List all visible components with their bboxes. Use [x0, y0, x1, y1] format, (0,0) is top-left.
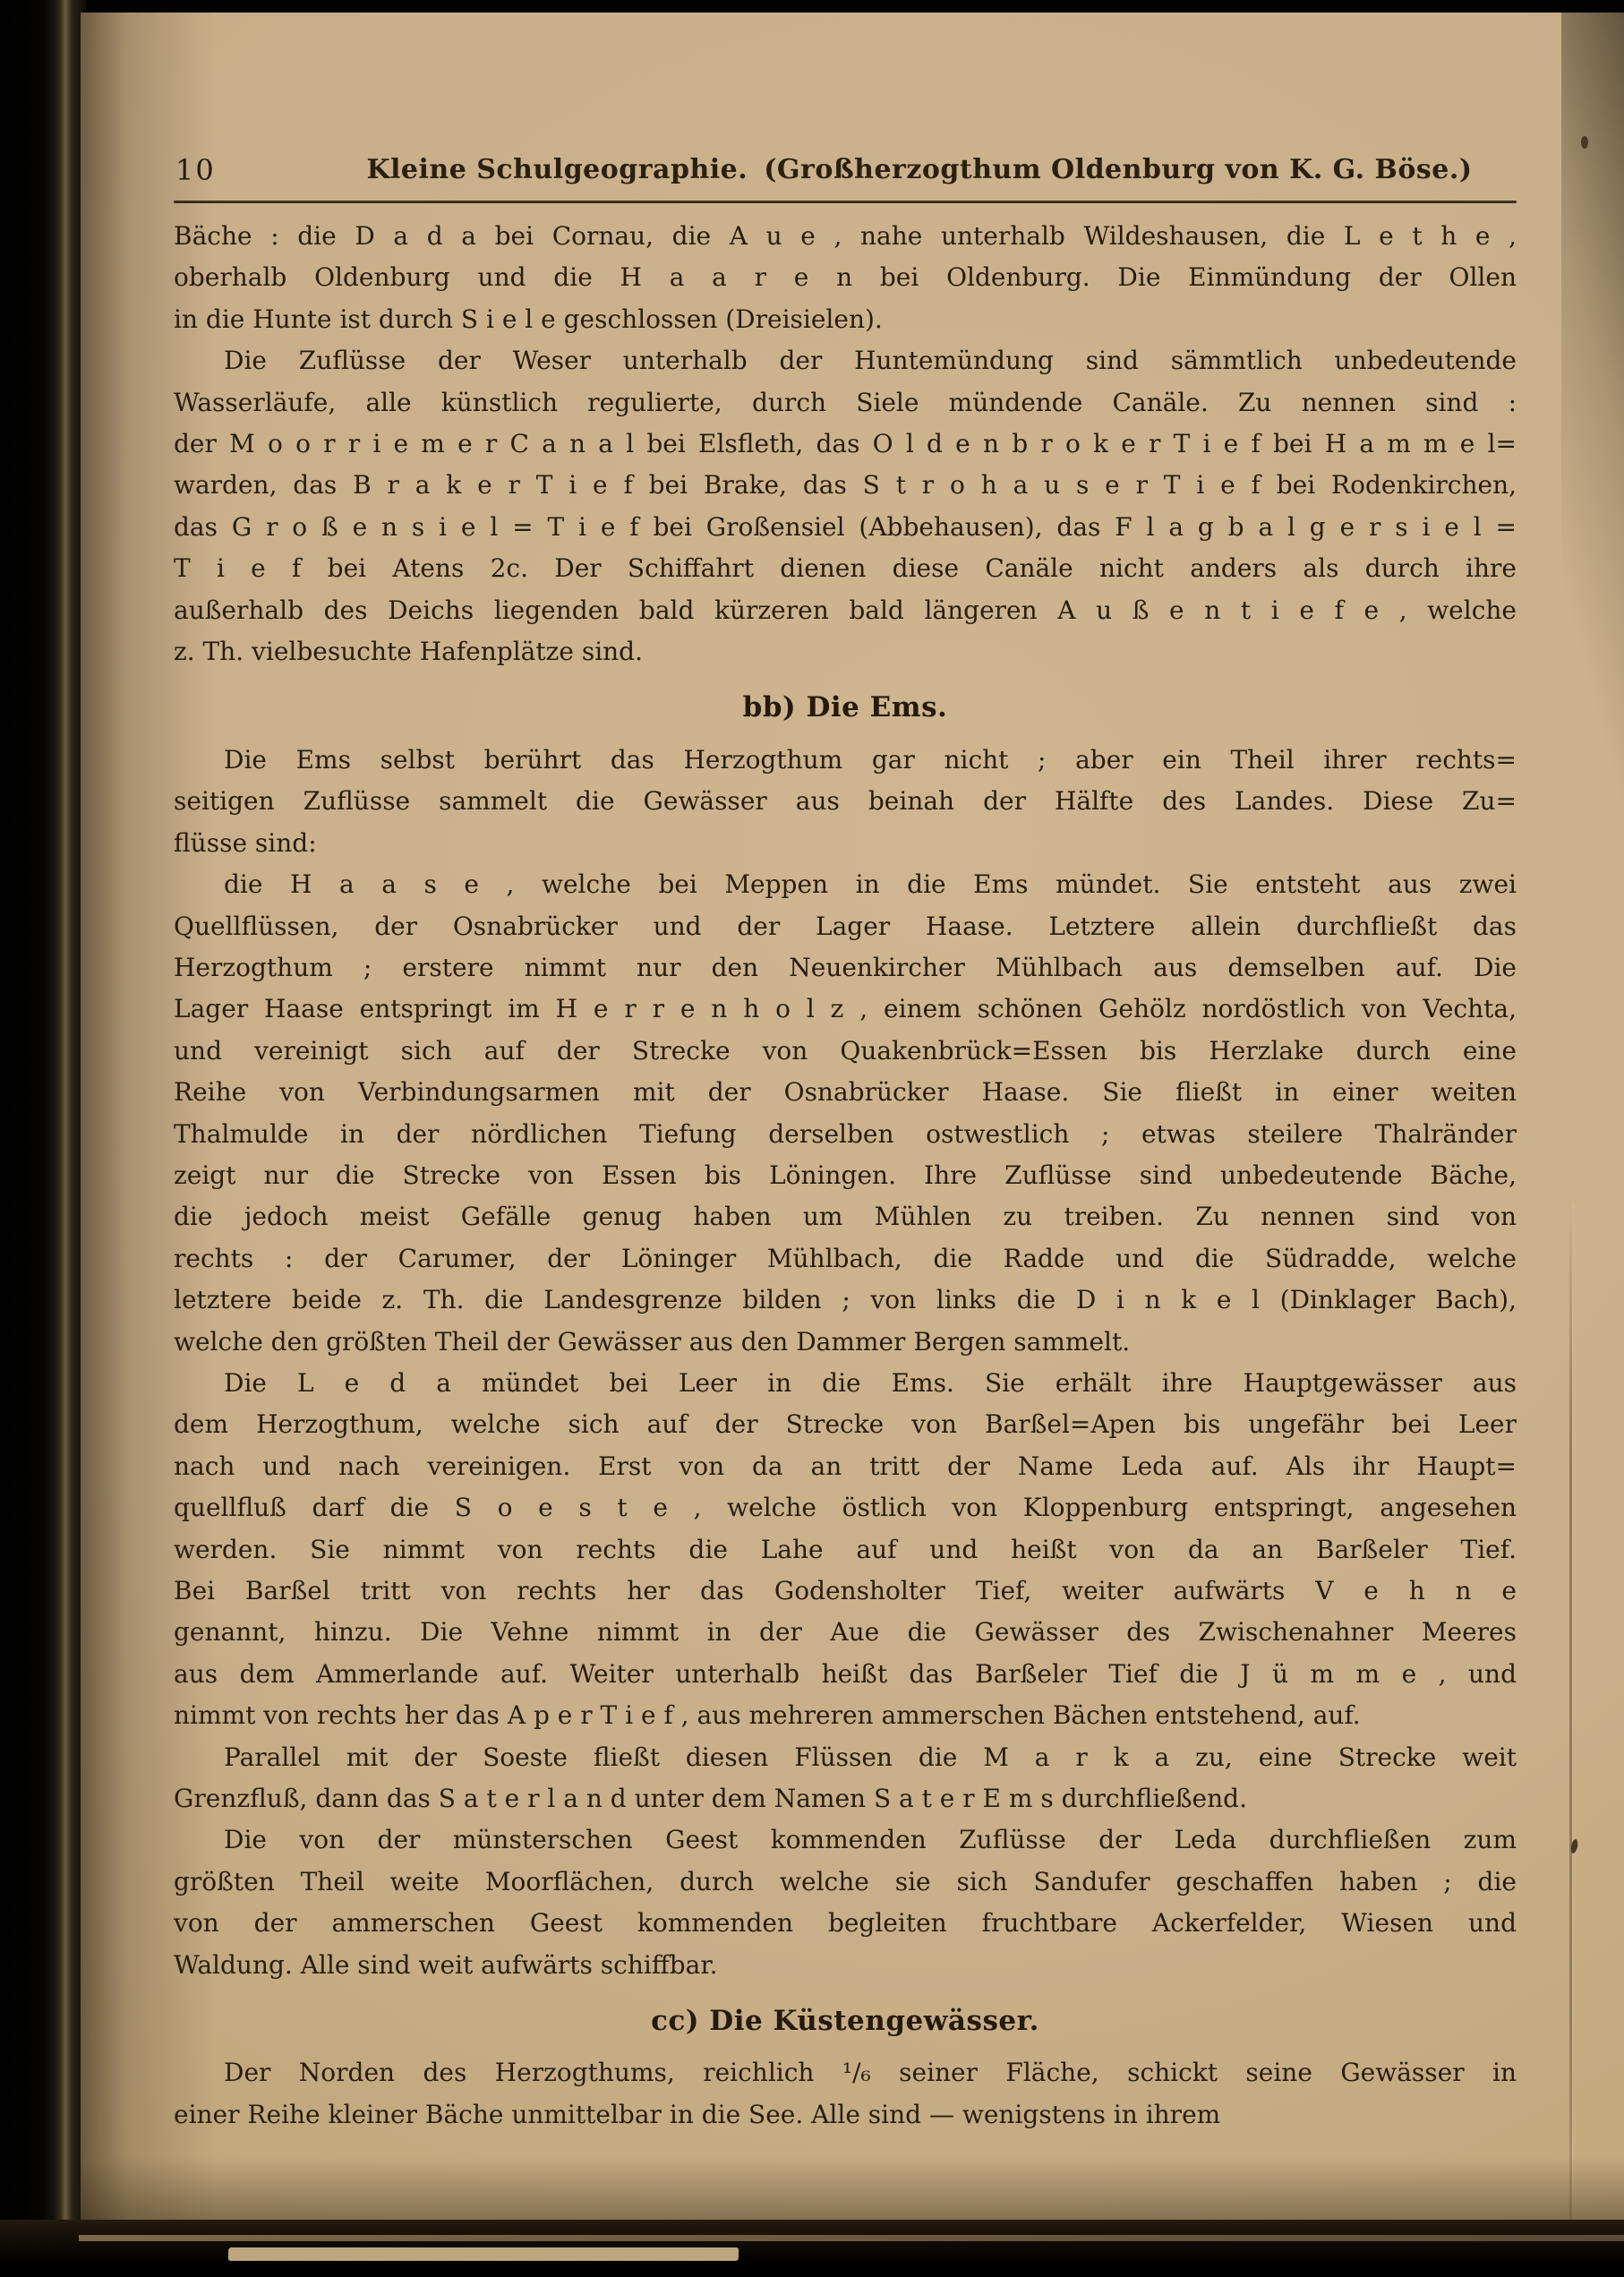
book-page: 10 Kleine Schulgeographie.(Großherzogthu… — [81, 13, 1624, 2220]
text-line: nach und nach vereinigen. Erst von da an… — [174, 1446, 1517, 1487]
protruding-page-edge — [228, 2247, 739, 2261]
text-line: Die Zuflüsse der Weser unterhalb der Hun… — [174, 340, 1517, 381]
text-line: genannt, hinzu. Die Vehne nimmt in der A… — [174, 1612, 1517, 1653]
page-header: 10 Kleine Schulgeographie.(Großherzogthu… — [81, 149, 1624, 192]
text-line: die jedoch meist Gefälle genug haben um … — [174, 1196, 1517, 1237]
text-line: von der ammerschen Geest kommenden begle… — [174, 1903, 1517, 1944]
text-line: welche den größten Theil der Gewässer au… — [174, 1322, 1517, 1363]
text-line: T i e f bei Atens 2c. Der Schiffahrt die… — [174, 548, 1517, 589]
page-crease — [1569, 1204, 1572, 2220]
text-line: einer Reihe kleiner Bäche unmittelbar in… — [174, 2094, 1517, 2136]
text-line: Reihe von Verbindungsarmen mit der Osnab… — [174, 1072, 1517, 1113]
text-line: die H a a s e , welche bei Meppen in die… — [174, 864, 1517, 905]
text-line: Bäche : die D a d a bei Cornau, die A u … — [174, 216, 1517, 257]
text-line: Lager Haase entspringt im H e r r e n h … — [174, 989, 1517, 1030]
text-line: Herzogthum ; erstere nimmt nur den Neuen… — [174, 947, 1517, 989]
text-line: oberhalb Oldenburg und die H a a r e n b… — [174, 257, 1517, 298]
section-heading: bb) Die Ems. — [174, 687, 1517, 728]
running-title-sub: (Großherzogthum Oldenburg von K. G. Böse… — [764, 154, 1472, 185]
paragraph: Bäche : die D a d a bei Cornau, die A u … — [174, 216, 1517, 340]
paragraph: die H a a s e , welche bei Meppen in die… — [174, 864, 1517, 1363]
text-line: Waldung. Alle sind weit aufwärts schiffb… — [174, 1945, 1517, 1986]
paragraph: Die Zuflüsse der Weser unterhalb der Hun… — [174, 340, 1517, 672]
paragraph: Der Norden des Herzogthums, reichlich ¹/… — [174, 2052, 1517, 2136]
page-number: 10 — [175, 149, 216, 192]
page-bottom-shadow — [81, 2157, 1624, 2220]
text-line: Quellflüssen, der Osnabrücker und der La… — [174, 906, 1517, 947]
paragraph: Die L e d a mündet bei Leer in die Ems. … — [174, 1363, 1517, 1737]
text-line: der M o o r r i e m e r C a n a l bei El… — [174, 424, 1517, 465]
text-line: Die Ems selbst berührt das Herzogthum ga… — [174, 740, 1517, 781]
paragraph: Parallel mit der Soeste fließt diesen Fl… — [174, 1737, 1517, 1820]
text-line: Die von der münsterschen Geest kommenden… — [174, 1819, 1517, 1861]
page-body: Bäche : die D a d a bei Cornau, die A u … — [174, 216, 1517, 2136]
text-line: das G r o ß e n s i e l = T i e f bei Gr… — [174, 507, 1517, 548]
text-line: z. Th. vielbesuchte Hafenplätze sind. — [174, 631, 1517, 672]
text-line: Grenzfluß, dann das S a t e r l a n d un… — [174, 1778, 1517, 1819]
paper-speck — [1569, 1838, 1578, 1853]
text-line: Die L e d a mündet bei Leer in die Ems. … — [174, 1363, 1517, 1404]
text-line: werden. Sie nimmt von rechts die Lahe au… — [174, 1529, 1517, 1571]
paper-speck — [1581, 136, 1588, 149]
text-line: Der Norden des Herzogthums, reichlich ¹/… — [174, 2052, 1517, 2093]
text-line: und vereinigt sich auf der Strecke von Q… — [174, 1031, 1517, 1072]
text-line: letztere beide z. Th. die Landesgrenze b… — [174, 1280, 1517, 1321]
running-title-main: Kleine Schulgeographie. — [366, 154, 748, 185]
text-line: zeigt nur die Strecke von Essen bis Löni… — [174, 1155, 1517, 1196]
header-rule — [174, 201, 1517, 203]
text-line: Wasserläufe, alle künstlich regulierte, … — [174, 382, 1517, 424]
book-bottom-edge — [0, 2220, 1624, 2277]
text-line: dem Herzogthum, welche sich auf der Stre… — [174, 1404, 1517, 1445]
paragraph: Die von der münsterschen Geest kommenden… — [174, 1819, 1517, 1986]
text-line: flüsse sind: — [174, 823, 1517, 864]
book-left-edge — [0, 0, 86, 2277]
text-line: Bei Barßel tritt von rechts her das Gode… — [174, 1571, 1517, 1612]
text-line: nimmt von rechts her das A p e r T i e f… — [174, 1695, 1517, 1736]
section-heading: cc) Die Küstengewässer. — [174, 2000, 1517, 2042]
running-title: Kleine Schulgeographie.(Großherzogthum O… — [81, 149, 1624, 192]
text-line: rechts : der Carumer, der Löninger Mühlb… — [174, 1238, 1517, 1280]
text-line: außerhalb des Deichs liegenden bald kürz… — [174, 590, 1517, 631]
text-line: Parallel mit der Soeste fließt diesen Fl… — [174, 1737, 1517, 1778]
text-line: größten Theil weite Moorflächen, durch w… — [174, 1862, 1517, 1903]
text-line: quellfluß darf die S o e s t e , welche … — [174, 1487, 1517, 1528]
page-stack-edge — [79, 2235, 1624, 2241]
text-line: seitigen Zuflüsse sammelt die Gewässer a… — [174, 781, 1517, 822]
paragraph: Die Ems selbst berührt das Herzogthum ga… — [174, 740, 1517, 864]
text-line: aus dem Ammerlande auf. Weiter unterhalb… — [174, 1654, 1517, 1695]
text-line: in die Hunte ist durch S i e l e geschlo… — [174, 299, 1517, 340]
text-line: Thalmulde in der nördlichen Tiefung ders… — [174, 1114, 1517, 1155]
book-scan: 10 Kleine Schulgeographie.(Großherzogthu… — [0, 0, 1624, 2277]
text-line: warden, das B r a k e r T i e f bei Brak… — [174, 465, 1517, 506]
